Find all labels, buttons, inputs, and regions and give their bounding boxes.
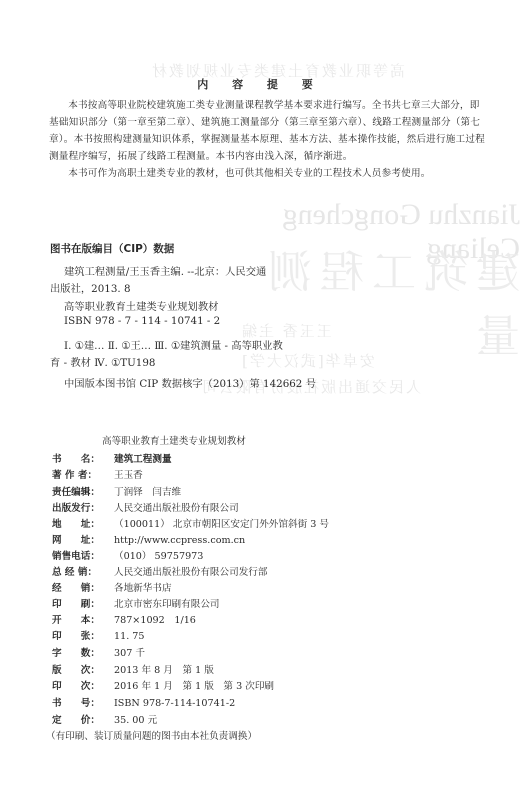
cip-line-6: 育 - 教材 Ⅳ. ①TU198 bbox=[50, 354, 155, 369]
colophon-value: ISBN 978-7-114-10741-2 bbox=[114, 698, 235, 709]
cip-line-1: 建筑工程测量/王玉香主编. --北京：人民交通 bbox=[64, 263, 266, 278]
colophon-key: 网 址： bbox=[52, 532, 114, 546]
website-link[interactable]: http://www.ccpress.com.cn bbox=[114, 535, 245, 546]
colophon-row-publisher: 出版发行：人民交通出版社股份有限公司 bbox=[52, 500, 239, 514]
colophon-row-phone: 销售电话：（010） 59757973 bbox=[52, 548, 203, 562]
cip-isbn: ISBN 978 - 7 - 114 - 10741 - 2 bbox=[64, 315, 220, 327]
colophon-key: 开 本： bbox=[52, 612, 114, 626]
colophon-key: 印 次： bbox=[52, 678, 114, 692]
colophon-row-format: 开 本：787×1092 1/16 bbox=[52, 612, 196, 626]
colophon-value: 人民交通出版社股份有限公司发行部 bbox=[114, 567, 268, 578]
colophon-row-sales: 经 销：各地新华书店 bbox=[52, 580, 172, 594]
colophon-key: 经 销： bbox=[52, 580, 114, 594]
colophon-value: 北京市密东印刷有限公司 bbox=[114, 599, 220, 610]
abstract-paragraph-1: 本书按高等职业院校建筑施工类专业测量课程教学基本要求进行编写。全书共七章三大部分… bbox=[49, 97, 489, 165]
colophon-row-website: 网 址：http://www.ccpress.com.cn bbox=[52, 532, 245, 546]
colophon-row-price: 定 价：35. 00 元 bbox=[52, 712, 157, 726]
colophon-key: 印 刷： bbox=[52, 596, 114, 610]
colophon-value: 11. 75 bbox=[114, 631, 145, 642]
colophon-key: 书 号： bbox=[52, 695, 114, 709]
colophon-notice: （有印刷、装订质量问题的图书由本社负责调换） bbox=[46, 728, 257, 742]
colophon-series: 高等职业教育土建类专业规划教材 bbox=[102, 433, 246, 447]
colophon-value: 丁润铎 闫吉维 bbox=[114, 487, 181, 498]
colophon-row-address: 地 址：（100011） 北京市朝阳区安定门外外馆斜街 3 号 bbox=[52, 516, 329, 530]
colophon-value: 787×1092 1/16 bbox=[114, 615, 196, 626]
colophon-value: （100011） 北京市朝阳区安定门外外馆斜街 3 号 bbox=[114, 519, 329, 530]
colophon-row-printing: 印 次：2016 年 1 月 第 1 版 第 3 次印刷 bbox=[52, 678, 274, 692]
cip-line-2: 出版社，2013. 8 bbox=[50, 280, 131, 295]
colophon-value: 2016 年 1 月 第 1 版 第 3 次印刷 bbox=[114, 681, 274, 692]
colophon-value: （010） 59757973 bbox=[114, 551, 203, 562]
colophon-value: 2013 年 8 月 第 1 版 bbox=[114, 665, 214, 676]
colophon-value: 各地新华书店 bbox=[114, 583, 172, 594]
colophon-row-author: 著 作 者：王玉香 bbox=[52, 467, 143, 481]
colophon-key: 定 价： bbox=[52, 712, 114, 726]
colophon-key: 著 作 者： bbox=[52, 467, 114, 481]
colophon-key: 字 数： bbox=[52, 645, 114, 659]
colophon-row-sheets: 印 张：11. 75 bbox=[52, 628, 145, 642]
colophon-key: 总 经 销： bbox=[52, 564, 114, 578]
colophon-value: 王玉香 bbox=[114, 470, 143, 481]
colophon-row-isbn: 书 号：ISBN 978-7-114-10741-2 bbox=[52, 695, 235, 709]
colophon-key: 书 名： bbox=[52, 451, 114, 465]
colophon-value: 35. 00 元 bbox=[114, 715, 157, 726]
cip-heading: 图书在版编目（CIP）数据 bbox=[50, 241, 174, 256]
colophon-row-edition: 版 次：2013 年 8 月 第 1 版 bbox=[52, 662, 214, 676]
colophon-row-wordcount: 字 数：307 千 bbox=[52, 645, 145, 659]
colophon-value: 人民交通出版社股份有限公司 bbox=[114, 503, 239, 514]
colophon-value: 建筑工程测量 bbox=[114, 454, 172, 465]
cip-line-3: 高等职业教育土建类专业规划教材 bbox=[64, 298, 218, 313]
cip-line-5: Ⅰ. ①建… Ⅱ. ①王… Ⅲ. ①建筑测量 - 高等职业教 bbox=[64, 337, 283, 352]
colophon-key: 版 次： bbox=[52, 662, 114, 676]
colophon-key: 印 张： bbox=[52, 628, 114, 642]
colophon-row-editors: 责任编辑：丁润铎 闫吉维 bbox=[52, 484, 181, 498]
colophon-key: 地 址： bbox=[52, 516, 114, 530]
show-through-reviewer: 安卓华[武汉大学] bbox=[240, 350, 375, 371]
abstract-paragraph-2: 本书可作为高职土建类专业的教材，也可供其他相关专业的工程技术人员参考使用。 bbox=[49, 165, 489, 182]
colophon-key: 责任编辑： bbox=[52, 484, 114, 498]
cip-verification: 中国版本图书馆 CIP 数据核字（2013）第 142662 号 bbox=[64, 375, 316, 390]
colophon-row-printer: 印 刷：北京市密东印刷有限公司 bbox=[52, 596, 220, 610]
colophon-row-title: 书 名：建筑工程测量 bbox=[52, 451, 172, 465]
colophon-value: 307 千 bbox=[114, 648, 145, 659]
colophon-row-distributor: 总 经 销：人民交通出版社股份有限公司发行部 bbox=[52, 564, 268, 578]
abstract-title: 内 容 提 要 bbox=[0, 76, 520, 92]
colophon-key: 销售电话： bbox=[52, 548, 114, 562]
colophon-key: 出版发行： bbox=[52, 500, 114, 514]
